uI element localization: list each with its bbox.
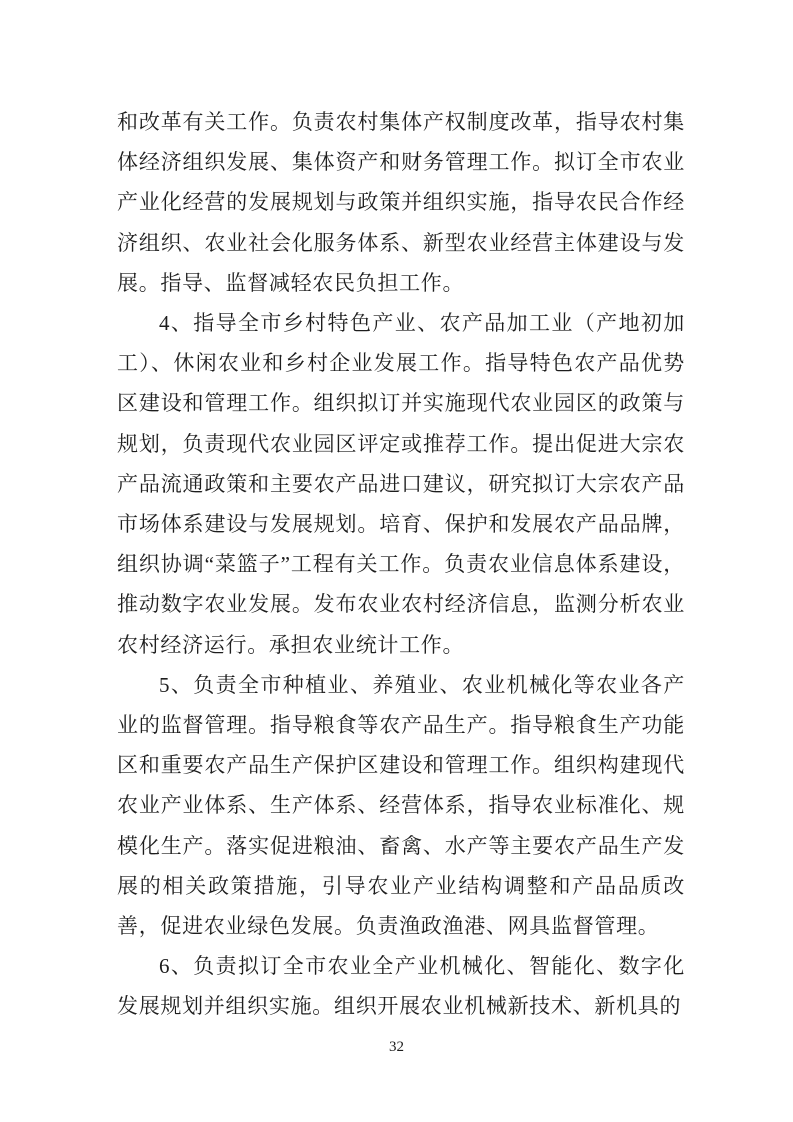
paragraph: 4、指导全市乡村特色产业、农产品加工业（产地初加工）、休闲农业和乡村企业发展工作… bbox=[117, 303, 685, 665]
paragraph: 和改革有关工作。负责农村集体产权制度改革，指导农村集体经济组织发展、集体资产和财… bbox=[117, 102, 685, 303]
page-number: 32 bbox=[0, 1038, 793, 1056]
document-body: 和改革有关工作。负责农村集体产权制度改革，指导农村集体经济组织发展、集体资产和财… bbox=[117, 102, 685, 1027]
document-page: 和改革有关工作。负责农村集体产权制度改革，指导农村集体经济组织发展、集体资产和财… bbox=[0, 0, 793, 1122]
paragraph: 6、负责拟订全市农业全产业机械化、智能化、数字化发展规划并组织实施。组织开展农业… bbox=[117, 946, 685, 1026]
paragraph: 5、负责全市种植业、养殖业、农业机械化等农业各产业的监督管理。指导粮食等农产品生… bbox=[117, 665, 685, 946]
